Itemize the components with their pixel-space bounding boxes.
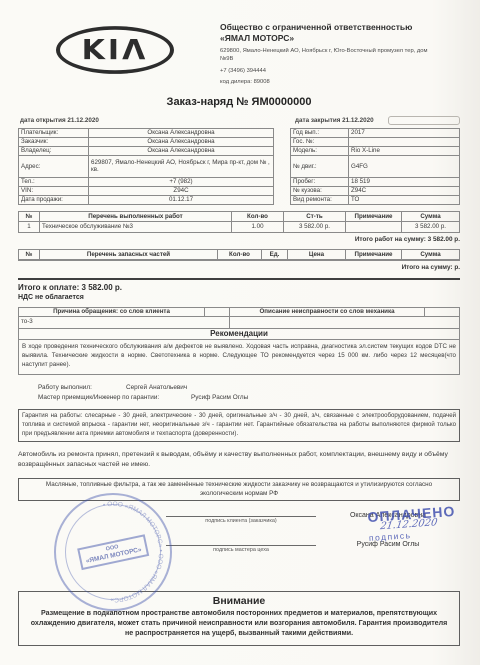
- master-signature-row: подпись мастера цеха Русиф Расим Оглы: [166, 538, 460, 553]
- work-num: 1: [19, 222, 39, 232]
- company-name: Общество с ограниченной ответственностью…: [220, 22, 435, 44]
- complaint-mechanic-value: [229, 317, 459, 328]
- master-label: Мастер приемщик/Инженер по гарантии:: [38, 393, 191, 403]
- payer-value: Оксана Александровна: [89, 129, 273, 136]
- master-signature-line: [166, 538, 316, 546]
- info-row-customer: Заказчик: Оксана Александровна: [19, 138, 273, 147]
- parts-col-num: №: [19, 250, 39, 259]
- info-row-vin: VIN: Z94C: [19, 187, 273, 196]
- info-row-repair-type: Вид ремонта: ТО: [291, 196, 459, 205]
- work-done-label: Работу выполнил:: [38, 383, 126, 393]
- vehicle-info-table: Год вып.: 2017 Гос. №: Модель: Rio X-Lin…: [290, 128, 460, 205]
- parts-total: Итого на сумму: р.: [18, 264, 460, 271]
- parts-table-header: № Перечень запасных частей Кол-во Ед. Це…: [19, 250, 459, 260]
- company-seal-stamp: • ООО «ЯМАЛ МОТОРС» • ООО «ЯМАЛ МОТОРС» …: [43, 482, 183, 622]
- works-total: Итого работ на сумму: 3 582.00 р.: [18, 236, 460, 243]
- recommendations-title: Рекомендации: [19, 329, 459, 340]
- phone-value: +7 (982): [89, 178, 273, 185]
- work-order-document: KIΛ Общество с ограниченной ответственно…: [0, 0, 480, 665]
- complaint-values-row: то-3: [19, 317, 459, 329]
- company-block: Общество с ограниченной ответственностью…: [220, 18, 435, 87]
- info-row-plate: Гос. №:: [291, 138, 459, 147]
- performer-row-mechanic: Работу выполнил: Сергей Анатольевич: [38, 383, 460, 393]
- works-col-qty: Кол-во: [231, 212, 283, 221]
- works-col-num: №: [19, 212, 39, 221]
- owner-value: Оксана Александровна: [89, 147, 273, 154]
- address-value: 629807, Ямало-Ненецкий АО, Ноябрьск г, М…: [89, 159, 273, 173]
- complaint-blank-1: [204, 308, 229, 316]
- info-row-mileage: Пробег: 18 519: [291, 178, 459, 187]
- date-closed: дата закрытия 21.12.2020: [295, 117, 374, 124]
- performer-row-master: Мастер приемщик/Инженер по гарантии: Рус…: [38, 393, 460, 403]
- customer-value: Оксана Александровна: [89, 138, 273, 145]
- phone-label: Тел.:: [19, 178, 89, 186]
- body-value: Z94C: [349, 187, 459, 194]
- sale-date-label: Дата продажи:: [19, 196, 89, 204]
- year-value: 2017: [349, 129, 459, 136]
- work-note: [345, 222, 401, 232]
- model-value: Rio X-Line: [349, 147, 459, 154]
- parts-col-desc: Перечень запасных частей: [39, 250, 217, 259]
- repair-type-value: ТО: [349, 196, 459, 203]
- year-label: Год вып.:: [291, 129, 349, 137]
- client-signature-caption: подпись клиента (заказчика): [166, 518, 316, 524]
- paid-stamp: ОПЛАЧЕНО 21.12.2020 подпись: [367, 503, 457, 543]
- complaint-client-header: Причина обращения: со слов клиента: [19, 308, 204, 316]
- parts-col-note: Примечание: [345, 250, 401, 259]
- client-signature-col: подпись клиента (заказчика): [166, 509, 316, 524]
- info-row-year: Год вып.: 2017: [291, 129, 459, 138]
- engine-value: G4FG: [349, 163, 459, 170]
- company-phone: +7 (3496) 394444: [220, 67, 435, 75]
- complaint-header-row: Причина обращения: со слов клиента Описа…: [19, 308, 459, 317]
- works-col-sum: Сумма: [401, 212, 459, 221]
- kia-logo-text: KIΛ: [82, 34, 149, 66]
- works-table-row: 1 Техническое обслуживание №3 1.00 3 582…: [19, 222, 459, 232]
- info-row-body: № кузова: Z94C: [291, 187, 459, 196]
- kia-logo: KIΛ: [56, 26, 174, 74]
- master-signature-caption: подпись мастера цеха: [166, 547, 316, 553]
- vat-note: НДС не облагается: [18, 294, 460, 301]
- body-label: № кузова:: [291, 187, 349, 195]
- work-sum: 3 582.00 р.: [401, 222, 459, 232]
- parts-col-qty: Кол-во: [217, 250, 261, 259]
- works-col-desc: Перечень выполненных работ: [39, 212, 231, 221]
- client-signature-line: [166, 509, 316, 517]
- customer-label: Заказчик:: [19, 138, 89, 146]
- engine-label: № двиг.:: [291, 156, 349, 177]
- info-row-phone: Тел.: +7 (982): [19, 178, 273, 187]
- vin-value: Z94C: [89, 187, 273, 194]
- owner-label: Владелец:: [19, 147, 89, 155]
- plate-label: Гос. №:: [291, 138, 349, 146]
- work-qty: 1.00: [231, 222, 283, 232]
- info-row-engine: № двиг.: G4FG: [291, 156, 459, 178]
- info-row-owner: Владелец: Оксана Александровна: [19, 147, 273, 156]
- vin-label: VIN:: [19, 187, 89, 195]
- works-table: № Перечень выполненных работ Кол-во Ст-т…: [18, 211, 460, 233]
- parts-col-sum: Сумма: [401, 250, 459, 259]
- divider-line: [18, 278, 460, 280]
- client-vehicle-info: Плательщик: Оксана Александровна Заказчи…: [18, 128, 460, 205]
- repair-type-label: Вид ремонта:: [291, 196, 349, 204]
- total-to-pay: Итого к оплате: 3 582.00 р.: [18, 283, 460, 292]
- parts-col-unit: Ед.: [261, 250, 287, 259]
- acceptance-statement: Автомобиль из ремонта принял, претензий …: [18, 450, 460, 471]
- document-header: KIΛ Общество с ограниченной ответственно…: [18, 18, 460, 87]
- model-label: Модель:: [291, 147, 349, 155]
- parts-col-price: Цена: [287, 250, 345, 259]
- document-title: Заказ-наряд № ЯМ0000000: [18, 96, 460, 108]
- info-row-address: Адрес: 629807, Ямало-Ненецкий АО, Ноябрь…: [19, 156, 273, 178]
- dates-row: дата открытия 21.12.2020 дата закрытия 2…: [18, 117, 460, 126]
- client-info-table: Плательщик: Оксана Александровна Заказчи…: [18, 128, 274, 205]
- date-opened: дата открытия 21.12.2020: [20, 117, 99, 124]
- mileage-value: 18 519: [349, 178, 459, 185]
- payer-label: Плательщик:: [19, 129, 89, 137]
- work-desc: Техническое обслуживание №3: [39, 222, 231, 232]
- date-empty-box: [388, 116, 460, 125]
- info-row-payer: Плательщик: Оксана Александровна: [19, 129, 273, 138]
- complaint-mechanic-header: Описание неисправности со слов механика: [229, 308, 424, 316]
- complaint-client-value: то-3: [19, 317, 229, 328]
- performers-block: Работу выполнил: Сергей Анатольевич Маст…: [38, 383, 460, 404]
- mileage-label: Пробег:: [291, 178, 349, 186]
- company-address: 629800, Ямало-Ненецкий АО, Ноябрьск г, Ю…: [220, 47, 435, 64]
- works-col-note: Примечание: [345, 212, 401, 221]
- complaint-table: Причина обращения: со слов клиента Описа…: [18, 307, 460, 375]
- master-signature-col: подпись мастера цеха: [166, 538, 316, 553]
- parts-table: № Перечень запасных частей Кол-во Ед. Це…: [18, 249, 460, 261]
- info-row-sale-date: Дата продажи: 01.12.17: [19, 196, 273, 205]
- address-label: Адрес:: [19, 156, 89, 177]
- sale-date-value: 01.12.17: [89, 196, 273, 203]
- works-col-cost: Ст-ть: [283, 212, 345, 221]
- complaint-blank-2: [424, 308, 459, 316]
- warranty-terms: Гарантия на работы: слесарные - 30 дней,…: [18, 409, 460, 441]
- work-done-value: Сергей Анатольевич: [126, 383, 187, 393]
- work-cost: 3 582.00 р.: [283, 222, 345, 232]
- recommendations-text: В ходе проведения технического обслужива…: [19, 340, 459, 374]
- master-value: Русиф Расим Оглы: [191, 393, 248, 403]
- works-table-header: № Перечень выполненных работ Кол-во Ст-т…: [19, 212, 459, 222]
- info-row-model: Модель: Rio X-Line: [291, 147, 459, 156]
- dealer-code: код дилера: 89008: [220, 78, 435, 86]
